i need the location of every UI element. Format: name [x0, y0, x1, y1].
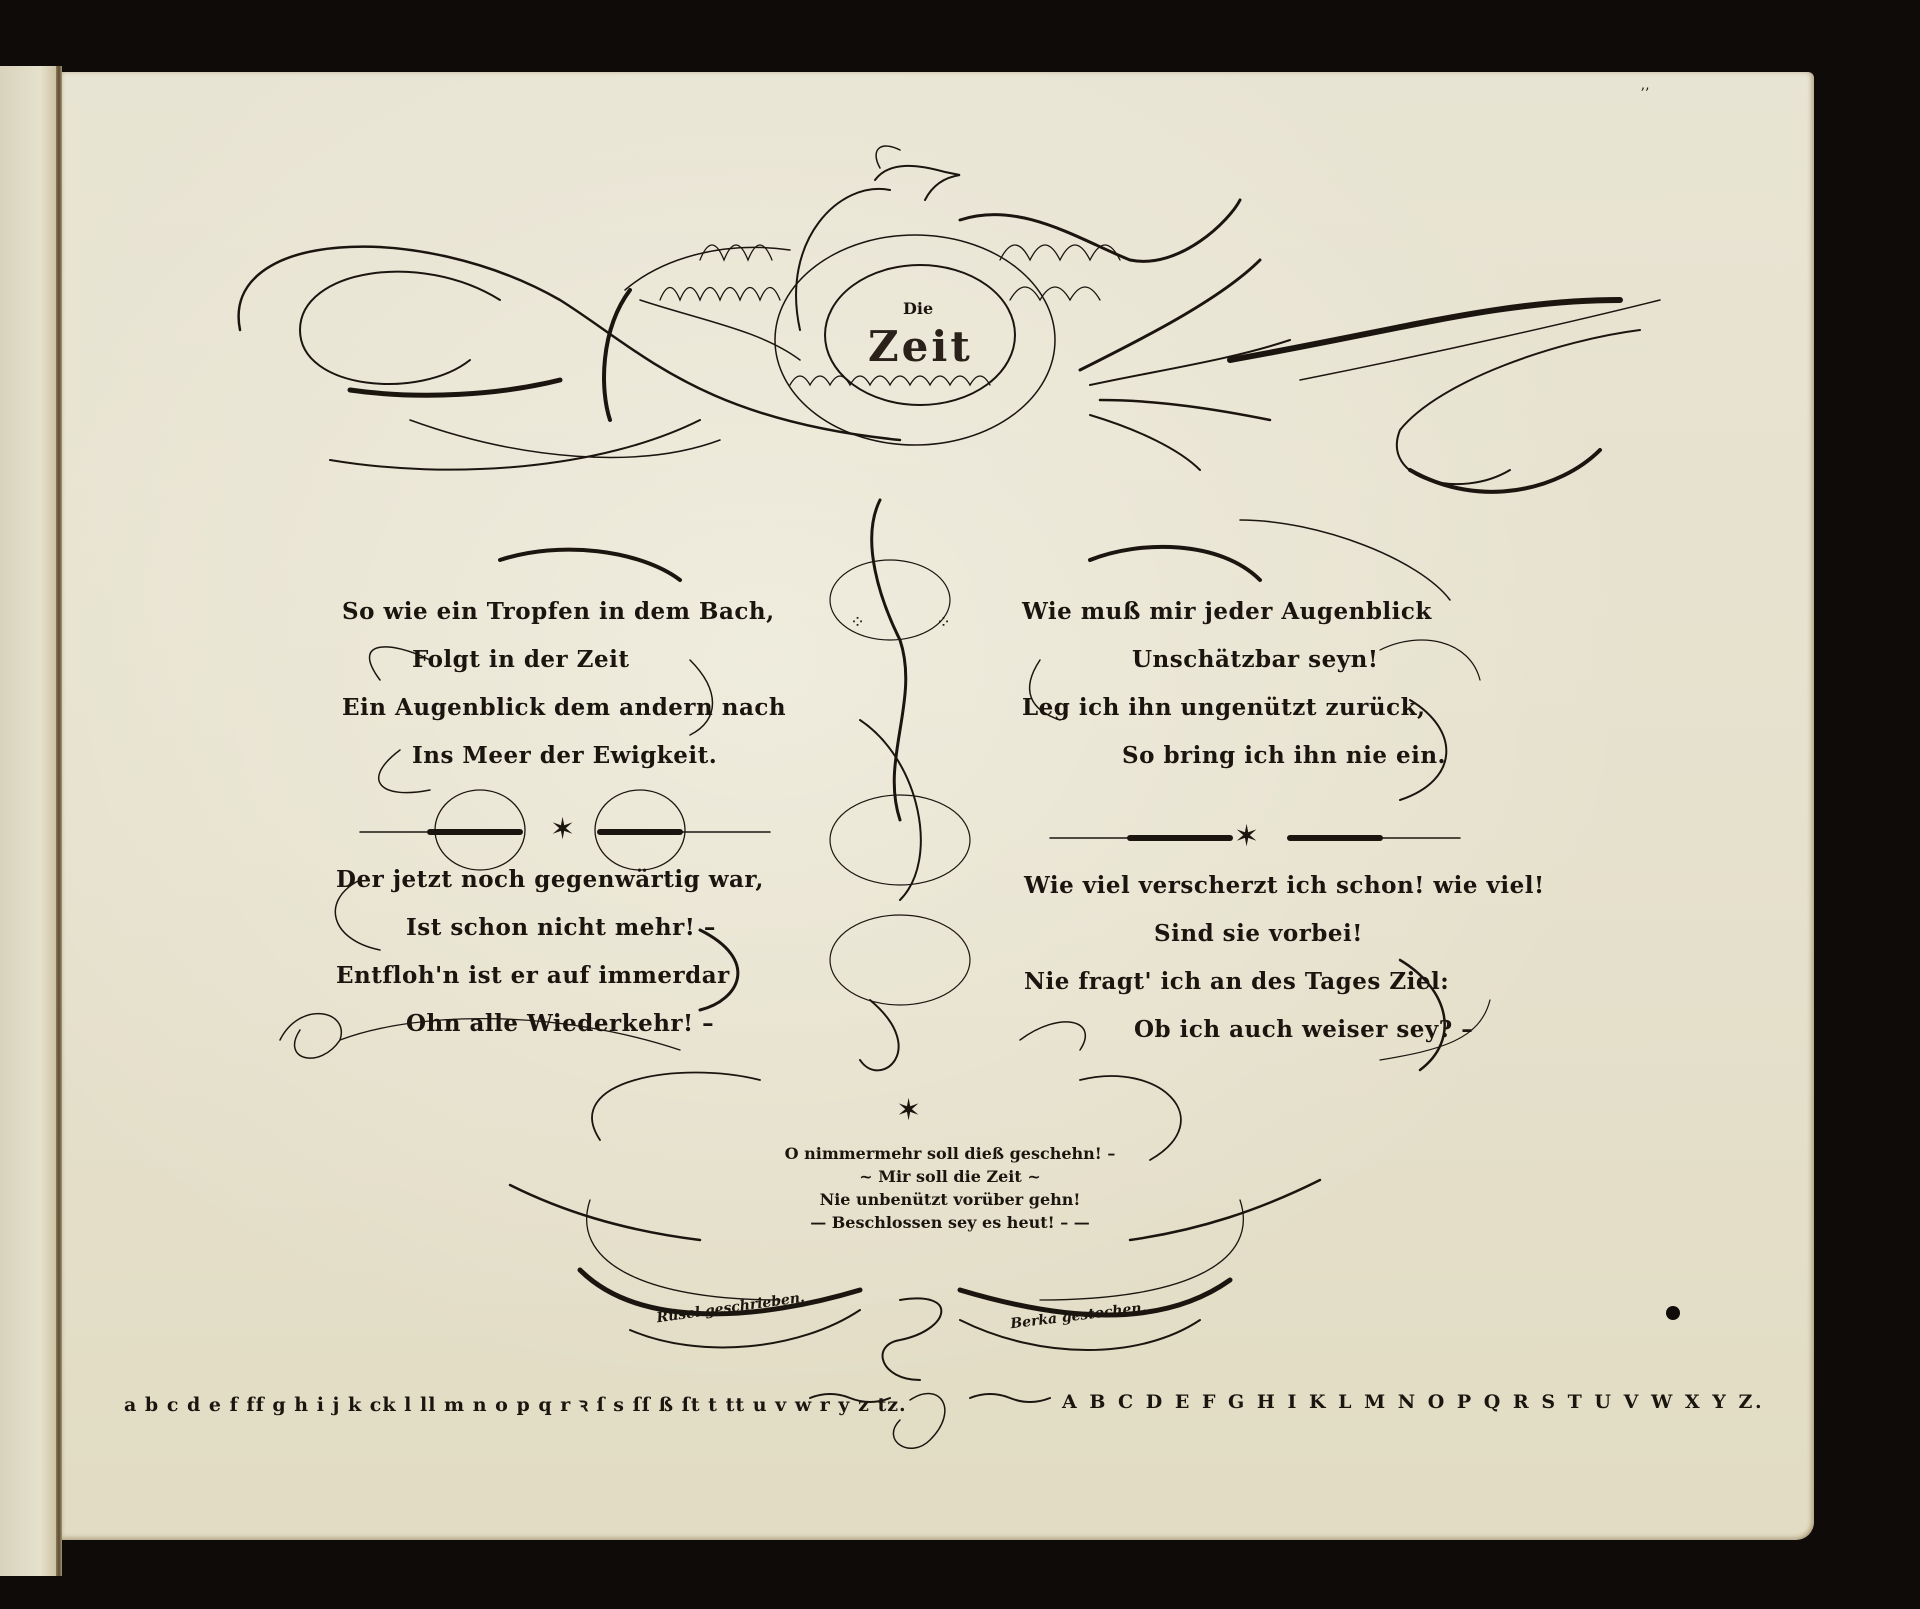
- dot-cluster-ornament: ⁘: [850, 612, 865, 633]
- stanza-line: Wie muß mir jeder Augenblick: [1022, 588, 1446, 636]
- stanza-line: Ob ich auch weiser sey? –: [1024, 1006, 1545, 1054]
- closing-line: Nie unbenützt vorüber gehn!: [740, 1188, 1160, 1211]
- stanza-line: So wie ein Tropfen in dem Bach,: [342, 588, 786, 636]
- lowercase-alphabet: a b c d e f ff g h i j k ck l ll m n o p…: [124, 1391, 907, 1417]
- uppercase-alphabet: A B C D E F G H I K L M N O P Q R S T U …: [1062, 1391, 1765, 1413]
- stanza-4: Wie viel verscherzt ich schon! wie viel!…: [1024, 862, 1545, 1054]
- dot-cluster-ornament: ⁘: [936, 612, 951, 633]
- stanza-line: Sind sie vorbei!: [1024, 910, 1545, 958]
- stanza-line: Entfloh'n ist er auf immerdar: [336, 952, 764, 1000]
- stanza-line: Nie fragt' ich an des Tages Ziel:: [1024, 958, 1545, 1006]
- facing-page-edge: [0, 66, 58, 1576]
- stanza-line: Unschätzbar seyn!: [1022, 636, 1446, 684]
- stanza-2: Wie muß mir jeder Augenblick Unschätzbar…: [1022, 588, 1446, 780]
- stanza-line: Ein Augenblick dem andern nach: [342, 684, 786, 732]
- star-ornament-icon: ✶: [550, 815, 575, 845]
- stanza-line: Leg ich ihn ungenützt zurück,: [1022, 684, 1446, 732]
- title-article: Die: [903, 299, 933, 318]
- stanza-line: Folgt in der Zeit: [342, 636, 786, 684]
- stanza-3: Der jetzt noch gegenwärtig war, Ist scho…: [336, 856, 764, 1048]
- star-ornament-icon: ✶: [896, 1096, 921, 1126]
- closing-line: — Beschlossen sey es heut! – —: [740, 1211, 1160, 1234]
- stanza-1: So wie ein Tropfen in dem Bach, Folgt in…: [342, 588, 786, 780]
- stanza-line: Wie viel verscherzt ich schon! wie viel!: [1024, 862, 1545, 910]
- star-ornament-icon: ✶: [1234, 822, 1259, 852]
- page-title: Zeit: [868, 322, 973, 371]
- closing-line: ~ Mir soll die Zeit ~: [740, 1165, 1160, 1188]
- closing-line: O nimmermehr soll dieß geschehn! –: [740, 1142, 1160, 1165]
- stanza-line: Ohn alle Wiederkehr! –: [336, 1000, 764, 1048]
- paper-page: [62, 72, 1814, 1540]
- stanza-line: So bring ich ihn nie ein.: [1022, 732, 1446, 780]
- stanza-line: Ins Meer der Ewigkeit.: [342, 732, 786, 780]
- stanza-line: Der jetzt noch gegenwärtig war,: [336, 856, 764, 904]
- corner-mark: ʼʼ: [1640, 86, 1649, 102]
- ink-blot: [1666, 1306, 1680, 1320]
- closing-verse: O nimmermehr soll dieß geschehn! – ~ Mir…: [740, 1142, 1160, 1234]
- stanza-line: Ist schon nicht mehr! –: [336, 904, 764, 952]
